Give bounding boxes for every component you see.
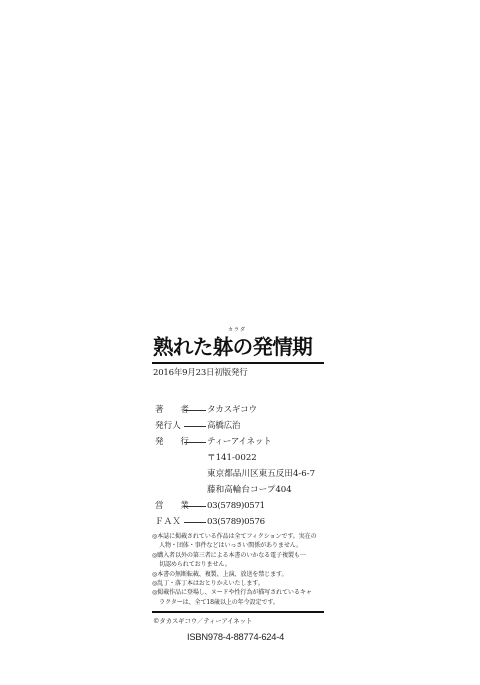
title-block: カラダ 熟れた躰の発情期 [152, 326, 326, 358]
notice-line: ラクターは、全て18歳以上の年令設定です。 [152, 598, 326, 607]
contact-row-fax: ＦＡＸ 03(5789)0576 [155, 514, 326, 530]
copyright: ©タカスギコウ／ティーアイネット [153, 616, 326, 625]
notice-line: ◎掲載作品に登場し、ヌードや性行為が描写されているキャ [152, 588, 326, 597]
contact-label: ＦＡＸ [155, 514, 184, 530]
title-rule [152, 362, 324, 364]
bottom-rule [152, 611, 324, 613]
notice-line: ◎購入者以外の第三者による本書のいかなる電子複製も一 [152, 551, 326, 560]
address-postal: 〒141-0022 [155, 450, 326, 466]
notice-line: ◎本誌に掲載されている作品は全てフィクションです。実在の [152, 532, 326, 541]
credit-label: 著 者 [155, 402, 184, 418]
isbn: ISBN978-4-88774-624-4 [187, 632, 326, 642]
notice-line: 切認められておりません。 [152, 560, 326, 569]
address-line-2: 藤和高輪台コープ404 [155, 482, 326, 498]
contact-value: 03(5789)0571 [207, 498, 265, 514]
credits: 著 者 タカスギコウ 発行人 高橋広治 発 行 ティーアイネット 〒141-00… [155, 402, 326, 530]
dash-divider [184, 506, 206, 507]
credit-value: タカスギコウ [207, 402, 257, 418]
credit-row-publisher-person: 発行人 高橋広治 [155, 418, 326, 434]
credit-row-author: 著 者 タカスギコウ [155, 402, 326, 418]
dash-divider [184, 426, 206, 427]
contact-label: 営 業 [155, 498, 184, 514]
dash-divider [184, 442, 206, 443]
dash-divider [184, 410, 206, 411]
credit-value: ティーアイネット [207, 434, 271, 450]
book-title: 熟れた躰の発情期 [153, 330, 312, 360]
colophon: カラダ 熟れた躰の発情期 2016年9月23日初版発行 著 者 タカスギコウ 発… [152, 326, 326, 642]
credit-value: 高橋広治 [207, 418, 240, 434]
credit-label: 発行人 [155, 418, 184, 434]
credit-row-publisher: 発 行 ティーアイネット [155, 434, 326, 450]
credit-label: 発 行 [155, 434, 184, 450]
contact-value: 03(5789)0576 [207, 514, 265, 530]
contact-row-sales: 営 業 03(5789)0571 [155, 498, 326, 514]
address-line-1: 東京都品川区東五反田4-6-7 [155, 466, 326, 482]
dash-divider [184, 522, 206, 523]
edition-date: 2016年9月23日初版発行 [153, 366, 326, 378]
notice-line: ◎乱丁・落丁本はおとりかえいたします。 [152, 579, 326, 588]
notice-line: ◎本書の無断転載、複製、上演、放送を禁じます。 [152, 570, 326, 579]
notices: ◎本誌に掲載されている作品は全てフィクションです。実在の 人物・団体・事件などは… [152, 532, 326, 607]
notice-line: 人物・団体・事件などはいっさい関係がありません。 [152, 541, 326, 550]
